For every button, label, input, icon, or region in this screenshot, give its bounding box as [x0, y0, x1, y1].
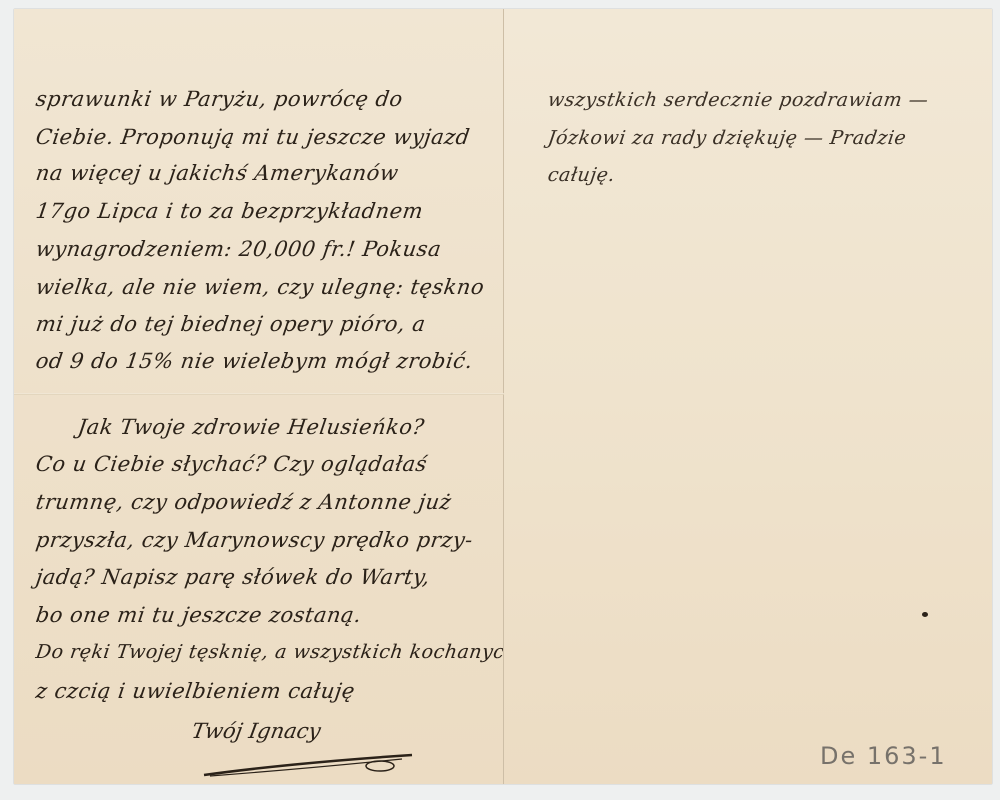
- letter-sheet: sprawunki w Paryżu, powrócę do Ciebie. P…: [14, 9, 992, 784]
- ink-dot: [922, 612, 928, 617]
- left-page: sprawunki w Paryżu, powrócę do Ciebie. P…: [14, 9, 504, 784]
- letter-line-13: jadą? Napisz parę słówek do Warty,: [34, 565, 431, 589]
- signature: Twój Ignacy: [190, 719, 323, 743]
- letter-line-12: przyszła, czy Marynowscy prędko przy-: [34, 528, 474, 552]
- right-line-3: całuję.: [546, 164, 616, 186]
- letter-line-10: Co u Ciebie słychać? Czy oglądałaś: [34, 452, 428, 476]
- letter-line-4: 17go Lipca i to za bezprzykładnem: [34, 199, 425, 223]
- letter-line-2: Ciebie. Proponują mi tu jeszcze wyjazd: [34, 125, 471, 149]
- letter-line-6: wielka, ale nie wiem, czy ulegnę: tęskno: [34, 275, 486, 299]
- letter-line-15: Do ręki Twojej tęsknię, a wszystkich koc…: [34, 641, 518, 663]
- letter-line-9: Jak Twoje zdrowie Helusieńko?: [76, 415, 426, 439]
- letter-line-5: wynagrodzeniem: 20,000 fr.! Pokusa: [34, 237, 443, 261]
- letter-line-16: z czcią i uwielbieniem całuję: [34, 679, 356, 703]
- archive-mark: De 163-1: [820, 742, 947, 770]
- right-line-1: wszystkich serdecznie pozdrawiam —: [546, 89, 929, 111]
- letter-line-11: trumnę, czy odpowiedź z Antonne już: [34, 490, 453, 514]
- letter-line-7: mi już do tej biednej opery pióro, a: [34, 312, 427, 336]
- letter-line-3: na więcej u jakichś Amerykanów: [34, 161, 400, 185]
- letter-line-1: sprawunki w Paryżu, powrócę do: [34, 87, 404, 111]
- signature-flourish-icon: [202, 749, 422, 779]
- right-page: wszystkich serdecznie pozdrawiam — Józko…: [504, 9, 992, 784]
- letter-line-8: od 9 do 15% nie wielebym mógł zrobić.: [34, 349, 474, 373]
- letter-line-14: bo one mi tu jeszcze zostaną.: [34, 603, 363, 627]
- right-line-2: Józkowi za rady dziękuję — Pradzie: [546, 127, 907, 149]
